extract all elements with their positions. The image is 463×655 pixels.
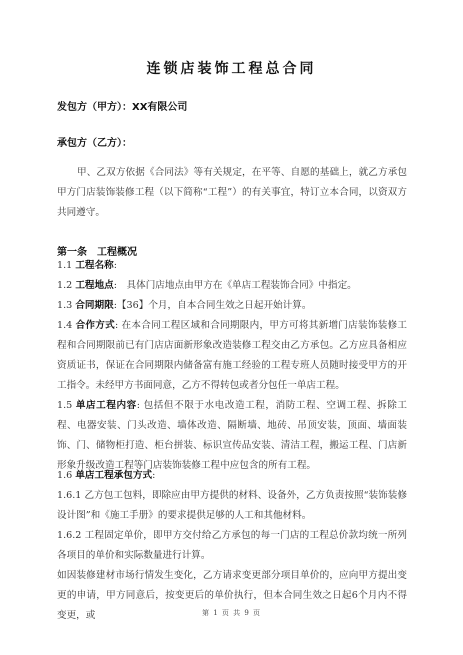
clause-number: 1.2 <box>57 280 72 291</box>
clause-label: 单店工程承包方式 <box>75 470 152 481</box>
clause-number: 1.4 <box>57 320 72 331</box>
clause-1-6-1: 1.6.1 乙方包工包料，即除应由甲方提供的材料、设备外，乙方负责按照“装饰装修… <box>57 486 407 526</box>
clause-number: 1.5 <box>57 400 72 411</box>
clause-text: :【36】个月，自本合同生效之日起开始计算。 <box>114 300 312 311</box>
clause-1-1: 1.1 工程名称: <box>57 256 407 276</box>
clause-label: 合作方式 <box>76 320 115 331</box>
clause-1-5: 1.5 单店工程内容: 包括但不限于水电改造工程，消防工程、空调工程、拆除工程、… <box>57 396 407 476</box>
document-title: 连锁店装饰工程总合同 <box>0 58 463 78</box>
clause-number: 1.6 <box>57 470 72 481</box>
clause-text: 乙方包工包料，即除应由甲方提供的材料、设备外，乙方负责按照“装饰装修设计图”和《… <box>57 490 407 521</box>
clause-text: : <box>152 470 155 481</box>
clause-text: 工程固定单价，即甲方交付给乙方承包的每一门店的工程总价款均统一所列各项目的单价和… <box>57 530 407 561</box>
party-b: 承包方（乙方）： <box>57 134 132 149</box>
clause-text: : <box>114 260 117 271</box>
clause-1-2: 1.2 工程地点: 具体门店地点由甲方在《单店工程装饰合同》中指定。 <box>57 276 407 296</box>
clause-1-3: 1.3 合同期限:【36】个月，自本合同生效之日起开始计算。 <box>57 296 407 316</box>
clause-1-6: 1.6 单店工程承包方式: <box>57 466 407 486</box>
clause-text: : 具体门店地点由甲方在《单店工程装饰合同》中指定。 <box>114 280 357 291</box>
clause-number: 1.6.2 <box>57 530 81 541</box>
clause-label: 工程名称 <box>75 260 113 271</box>
clause-number: 1.3 <box>57 300 72 311</box>
clause-label: 单店工程内容 <box>76 400 137 411</box>
clause-number: 1.1 <box>57 260 72 271</box>
document-page: 连锁店装饰工程总合同 发包方（甲方）：XX有限公司 承包方（乙方）： 甲、乙双方… <box>0 0 463 655</box>
clause-number: 1.6.1 <box>57 490 81 501</box>
clause-1-6-2: 1.6.2 工程固定单价，即甲方交付给乙方承包的每一门店的工程总价款均统一所列各… <box>57 526 407 566</box>
preamble-paragraph: 甲、乙双方依据《合同法》等有关规定，在平等、自愿的基础上，就乙方承包甲方门店装饰… <box>57 163 407 223</box>
clause-label: 合同期限 <box>75 300 113 311</box>
page-footer: 第 1 页 共 9 页 <box>0 608 463 618</box>
clause-1-4: 1.4 合作方式: 在本合同工程区域和合同期限内，甲方可将其新增门店装饰装修工程… <box>57 316 407 396</box>
clause-label: 工程地点 <box>75 280 113 291</box>
party-a: 发包方（甲方）：XX有限公司 <box>57 98 187 113</box>
